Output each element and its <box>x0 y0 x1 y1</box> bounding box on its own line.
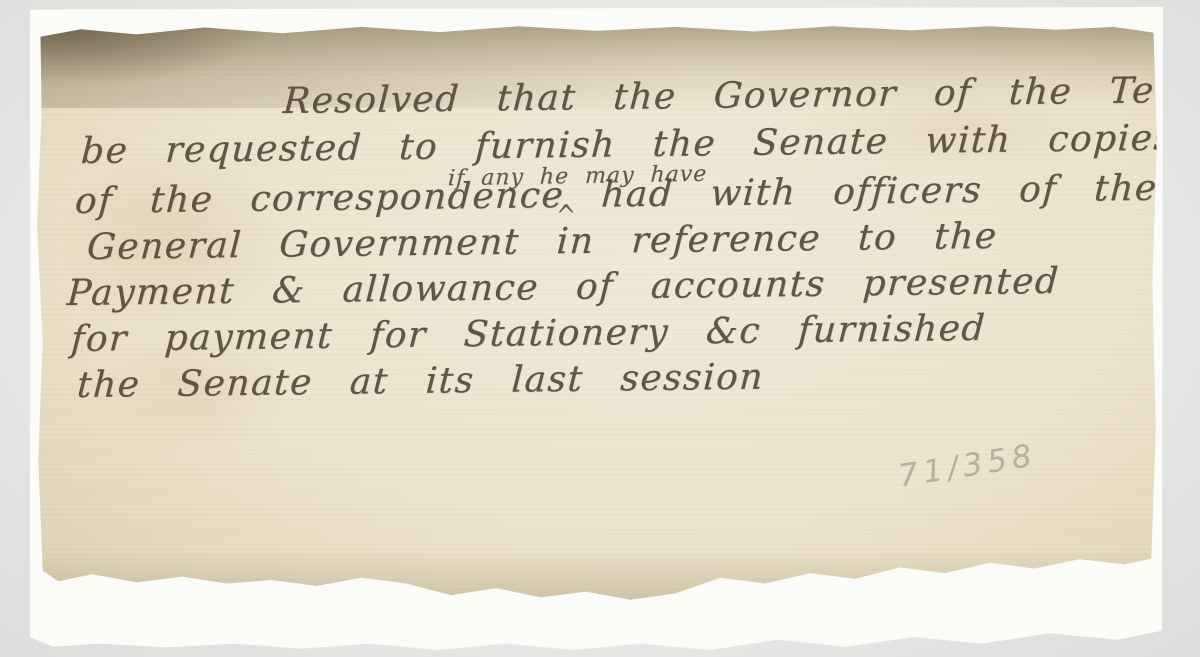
manuscript-line-6: for payment for Stationery &c furnished <box>70 311 987 358</box>
scan-background: Resolved that the Governor of the Territ… <box>0 0 1200 657</box>
handwritten-text: Resolved that the Governor of the Territ… <box>36 24 1158 602</box>
manuscript-line-1: Resolved that the Governor of the Territ… <box>282 72 1200 120</box>
manuscript-line-3: of the correspondence had with officers … <box>74 171 1159 220</box>
manuscript-line-5: Payment & allowance of accounts presente… <box>66 264 1060 312</box>
manuscript-line-7: the Senate at its last session <box>76 360 765 404</box>
manuscript-line-4: General Government in reference to the <box>86 219 999 266</box>
manuscript-scrap: Resolved that the Governor of the Territ… <box>36 24 1158 602</box>
